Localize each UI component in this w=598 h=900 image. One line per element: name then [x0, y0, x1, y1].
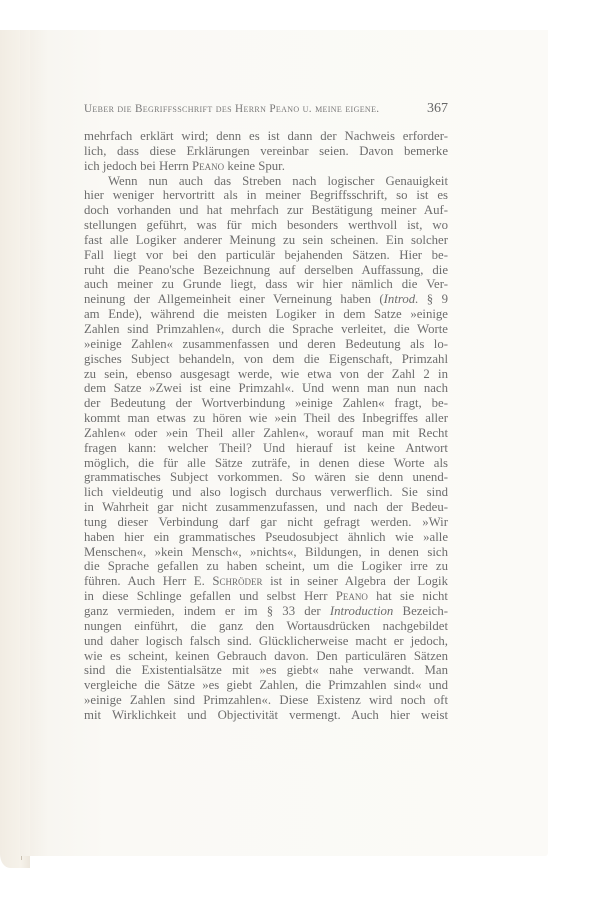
text-line: gisches Subject behandeln, von dem die E…	[84, 352, 448, 367]
text-line: zu sein, ebenso ausgesagt werde, wie etw…	[84, 367, 448, 382]
text-line: »einige Zahlen sind Primzahlen«. Diese E…	[84, 693, 448, 708]
text-line: ganz vermieden, indem er im § 33 der Int…	[84, 604, 448, 619]
text-line: neinung der Allgemeinheit einer Verneinu…	[84, 292, 448, 307]
text-line: Zahlen« oder »ein Theil aller Zahlen«, w…	[84, 426, 448, 441]
text-line: lich, dass diese Erklärungen vereinbar s…	[84, 144, 448, 159]
text-line: und daher logisch falsch sind. Glücklich…	[84, 634, 448, 649]
text-line: doch vorhanden und hat mehrfach zur Best…	[84, 203, 448, 218]
text-line: fast alle Logiker anderer Meinung zu sei…	[84, 233, 448, 248]
text-line: möglich, die für alle Sätze zuträfe, in …	[84, 456, 448, 471]
running-head-title: Ueber die Begriffsschrift des Herrn Pean…	[84, 103, 379, 115]
text-line: mehrfach erklärt wird; denn es ist dann …	[84, 129, 448, 144]
text-line: auch meiner zu Grunde liegt, dass wir hi…	[84, 277, 448, 292]
text-line: kommt man etwas zu hören wie »ein Theil …	[84, 411, 448, 426]
running-head: Ueber die Begriffsschrift des Herrn Pean…	[84, 101, 448, 117]
text-line: »einige Zahlen« zusammenfassen und deren…	[84, 337, 448, 352]
text-line: führen. Auch Herr E. Schröder ist in sei…	[84, 574, 448, 589]
text-line: dem Satze »Zwei ist eine Primzahl«. Und …	[84, 381, 448, 396]
text-line: fragen kann: welcher Theil? Und hierauf …	[84, 441, 448, 456]
text-line: ruht die Peano'sche Bezeichnung auf ders…	[84, 263, 448, 278]
text-line: am Ende), während die meisten Logiker in…	[84, 307, 448, 322]
text-line: Menschen«, »kein Mensch«, »nichts«, Bild…	[84, 545, 448, 560]
text-line: in Wahrheit gar nicht zusammenzufassen, …	[84, 500, 448, 515]
text-line: Zahlen sind Primzahlen«, durch die Sprac…	[84, 322, 448, 337]
text-line: grammatisches Subject vorkommen. So wäre…	[84, 470, 448, 485]
text-line: Wenn nun auch das Streben nach logischer…	[84, 174, 448, 189]
text-line: tung dieser Verbindung darf gar nicht ge…	[84, 515, 448, 530]
text-line: nungen einführt, die ganz den Wortausdrü…	[84, 619, 448, 634]
text-line: hier weniger hervortritt als in meiner B…	[84, 188, 448, 203]
text-line: die Sprache gefallen zu haben scheint, u…	[84, 559, 448, 574]
text-line: wie es scheint, keinen Gebrauch davon. D…	[84, 649, 448, 664]
text-line: mit Wirklichkeit und Objectivität vermen…	[84, 708, 448, 723]
text-line: in diese Schlinge gefallen und selbst He…	[84, 589, 448, 604]
text-line: der Bedeutung der Wortverbindung »einige…	[84, 396, 448, 411]
text-line: vergleiche die Sätze »es giebt Zahlen, d…	[84, 678, 448, 693]
text-line: lich vieldeutig und also logisch durchau…	[84, 485, 448, 500]
text-line: ich jedoch bei Herrn Peano keine Spur.	[84, 159, 448, 174]
text-line: sind die Existentialsätze mit »es giebt«…	[84, 663, 448, 678]
page-number: 367	[427, 101, 448, 117]
text-line: stellungen geführt, was für mich besonde…	[84, 218, 448, 233]
text-line: haben hier ein grammatisches Pseudosubje…	[84, 530, 448, 545]
text-line: Fall liegt vor bei den particulär bejahe…	[84, 248, 448, 263]
body-text: mehrfach erklärt wird; denn es ist dann …	[84, 129, 448, 723]
